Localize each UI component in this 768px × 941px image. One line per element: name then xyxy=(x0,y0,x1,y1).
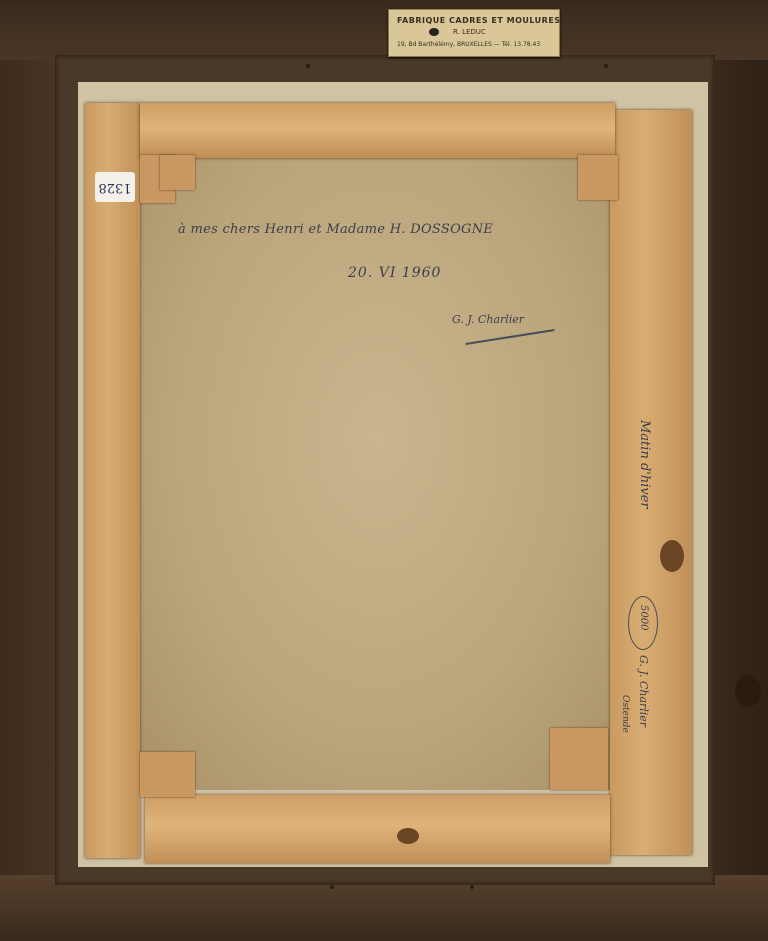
corner-key xyxy=(578,155,618,200)
date-text: 20. VI 1960 xyxy=(348,265,441,281)
painting-title: Matin d'hiver xyxy=(637,420,652,509)
inventory-sticker: 1328 xyxy=(95,172,135,202)
nail xyxy=(306,64,310,68)
inventory-number: 1328 xyxy=(95,172,135,202)
framer-label: FABRIQUE CADRES ET MOULURES R. LEDUC 19,… xyxy=(388,9,560,57)
price-text: 5000 xyxy=(638,605,649,630)
corner-key xyxy=(550,728,608,790)
signature-text: G. J. Charlier xyxy=(452,313,524,326)
framer-label-address: 19, Bd Barthélémy, BRUXELLES — Tél. 13.7… xyxy=(397,41,540,48)
wood-knot xyxy=(397,828,419,844)
wood-knot xyxy=(735,675,761,707)
framer-label-title: FABRIQUE CADRES ET MOULURES xyxy=(397,16,561,25)
framer-label-name: R. LEDUC xyxy=(453,28,486,36)
place-text: Ostende xyxy=(620,695,630,733)
canvas-back xyxy=(138,150,618,790)
nail xyxy=(470,885,474,889)
frame-top-rail xyxy=(0,0,768,60)
artist-name: G. J. Charlier xyxy=(637,655,650,727)
nail xyxy=(330,885,334,889)
wood-knot xyxy=(660,540,684,572)
price-circle: 5000 xyxy=(628,596,658,650)
framer-logo-icon xyxy=(429,28,439,36)
dedication-text: à mes chers Henri et Madame H. DOSSOGNE xyxy=(178,222,493,237)
stretcher-bar-top xyxy=(140,103,615,158)
stretcher-bar-left xyxy=(85,103,140,858)
stretcher-bar-bottom xyxy=(145,795,610,863)
corner-key xyxy=(140,752,195,797)
nail xyxy=(604,64,608,68)
corner-key xyxy=(160,155,195,190)
